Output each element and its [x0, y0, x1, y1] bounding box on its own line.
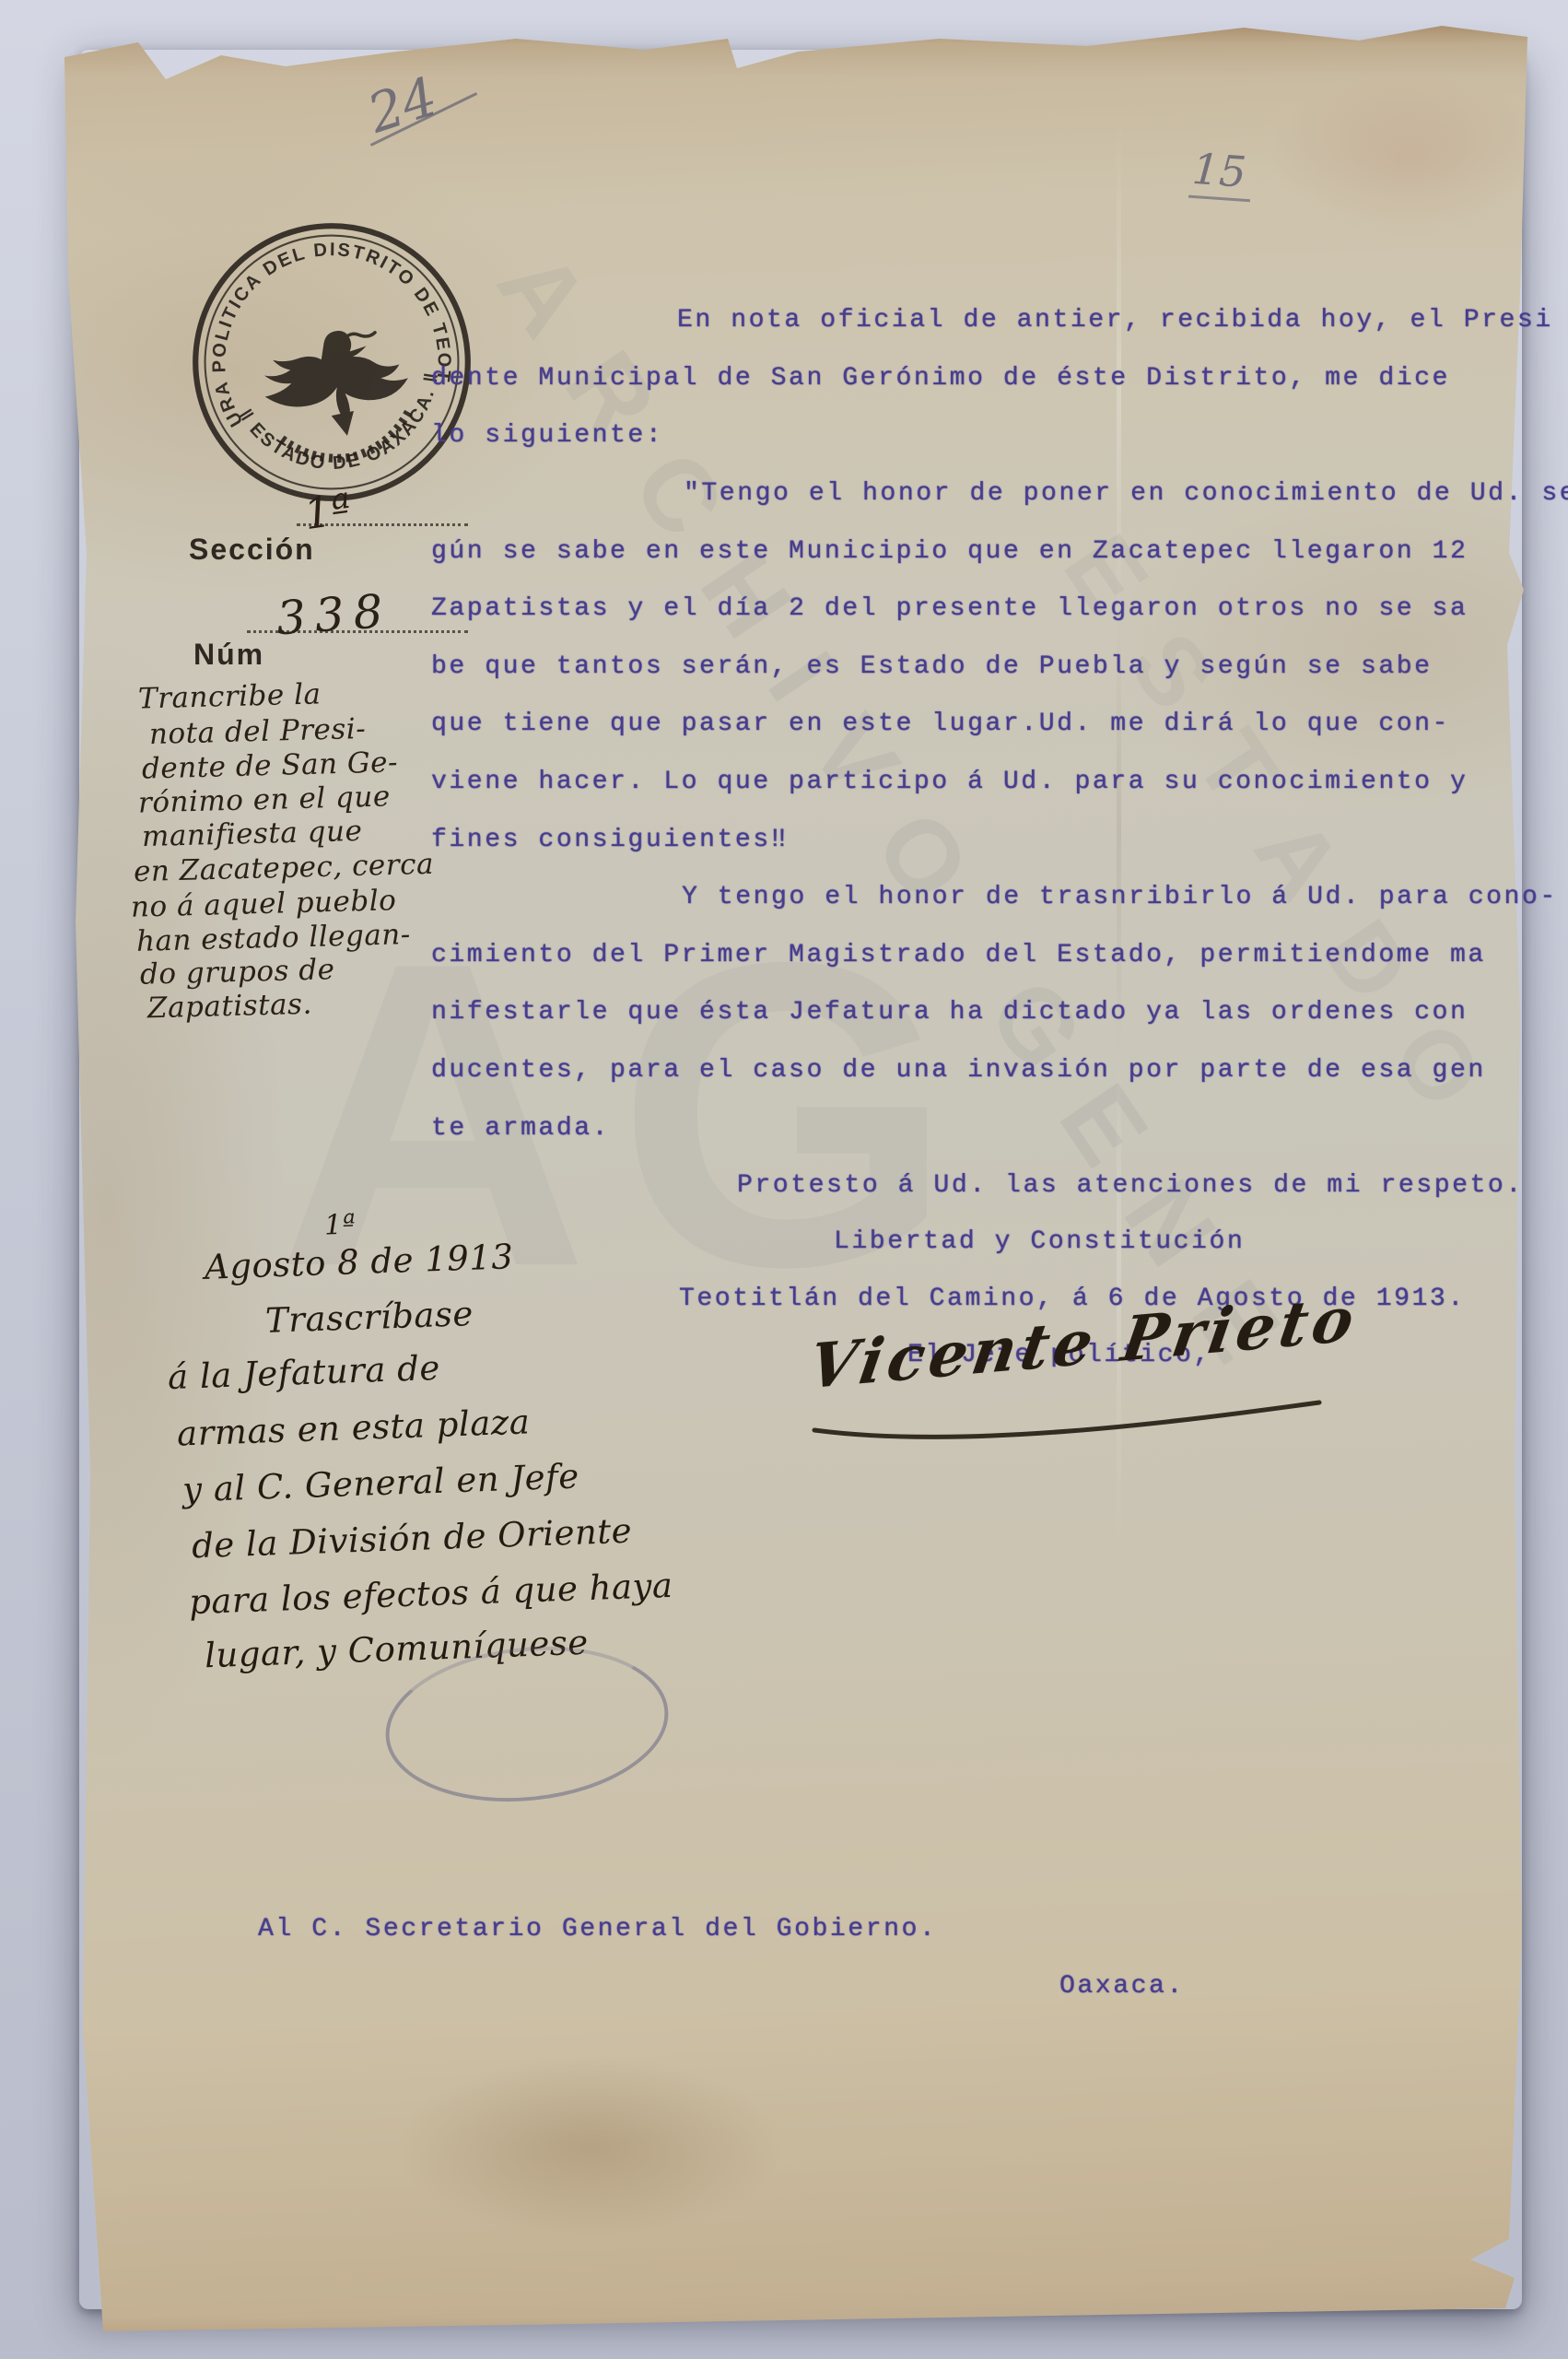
num-value: 338	[275, 584, 393, 646]
typed-line: En nota oficial de antier, recibida hoy,…	[677, 306, 1553, 334]
typed-line-protesto: Protesto á Ud. las atenciones de mi resp…	[737, 1171, 1524, 1200]
num-label: Núm	[193, 638, 264, 672]
typed-line: Zapatistas y el día 2 del presente llega…	[431, 594, 1468, 623]
typed-line: gún se sabe en este Municipio que en Zac…	[431, 537, 1468, 566]
margin-note-line: Zapatistas.	[147, 988, 313, 1026]
margin-note-line: do grupos de	[140, 953, 335, 992]
typed-line: cimiento del Primer Magistrado del Estad…	[431, 941, 1486, 969]
decree-header: 1ª	[323, 1208, 357, 1241]
typed-line: "Tengo el honor de poner en conocimiento…	[684, 479, 1568, 508]
typed-line: viene hacer. Lo que participo á Ud. para…	[431, 768, 1468, 796]
margin-note-line: rónimo en el que	[138, 780, 392, 819]
typed-line: ducentes, para el caso de una invasión p…	[431, 1056, 1486, 1085]
typed-line: fines consiguientes‼	[431, 826, 789, 854]
pencil-mark-page-number: 15	[1188, 144, 1254, 202]
margin-note-line: manifiesta que	[142, 815, 363, 853]
margin-note-line: dente de San Ge-	[142, 745, 399, 785]
document-photo: { "seal": { "arc_top": "JEFATURA POLITIC…	[0, 0, 1568, 2359]
typed-line: lo siguiente:	[431, 421, 663, 450]
typed-line: be que tantos serán, es Estado de Puebla…	[431, 652, 1433, 681]
typed-line: dente Municipal de San Gerónimo de éste …	[431, 364, 1450, 393]
seccion-value: 1ª	[300, 484, 354, 540]
official-seal: JEFATURA POLITICA DEL DISTRITO DE TEOTIT…	[162, 193, 501, 532]
typed-line: Y tengo el honor de trasnribirlo á Ud. p…	[682, 883, 1558, 911]
typed-line: te armada.	[431, 1114, 610, 1143]
margin-note-line: no á aquel pueblo	[131, 884, 397, 924]
seccion-label: Sección	[189, 533, 315, 567]
typed-line: nifestarle que ésta Jefatura ha dictado …	[431, 998, 1468, 1027]
signature-flourish	[798, 1390, 1341, 1454]
recipient-line: Al C. Secretario General del Gobierno.	[258, 1915, 937, 1943]
place-line: Oaxaca.	[1059, 1972, 1185, 2001]
typed-line-libertad: Libertad y Constitución	[834, 1227, 1245, 1256]
decree-line: Trascríbase	[264, 1294, 474, 1341]
typed-line: que tiene que pasar en este lugar.Ud. me…	[431, 710, 1450, 738]
margin-note-line: Trancribe la	[138, 677, 322, 715]
margin-note-line: nota del Presi-	[149, 712, 367, 751]
